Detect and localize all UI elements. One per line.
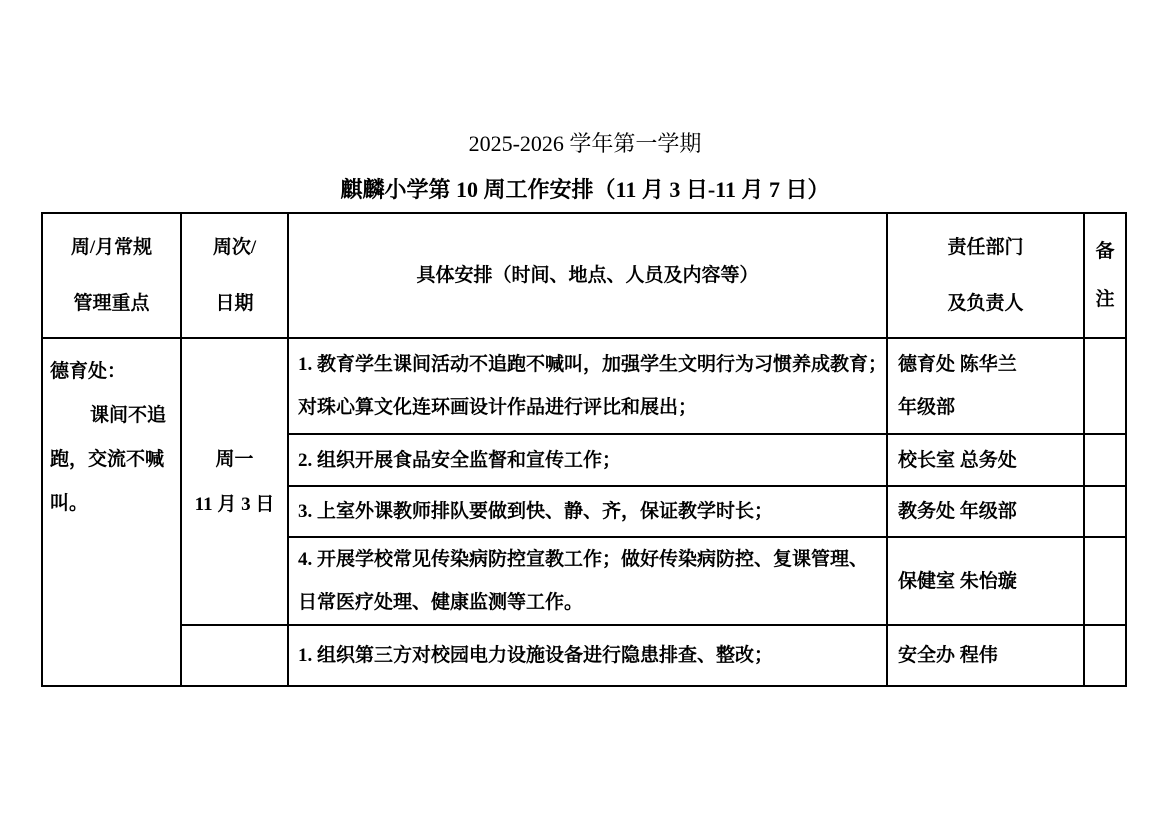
note-cell-4 [1084,537,1126,625]
dept-cell-2: 校长室 总务处 [887,434,1084,486]
document-page: 2025-2026 学年第一学期 麒麟小学第 10 周工作安排（11 月 3 日… [0,0,1170,827]
dept-line: 安全办 程伟 [898,634,1079,677]
note-cell-5 [1084,625,1126,686]
header-remark-line1: 备 [1085,228,1125,276]
task-line: 1. 教育学生课间活动不追跑不喊叫，加强学生文明行为习惯养成教育； [298,343,882,386]
dept-line: 德育处 陈华兰 [898,343,1079,386]
header-department-line2: 及负责人 [888,276,1083,332]
header-focus-line1: 周/月常规 [43,220,180,276]
dept-cell-1: 德育处 陈华兰 年级部 [887,338,1084,434]
header-row: 周/月常规 管理重点 周次/ 日期 具体安排（时间、地点、人员及内容等） 责任部… [42,213,1126,338]
schedule-table: 周/月常规 管理重点 周次/ 日期 具体安排（时间、地点、人员及内容等） 责任部… [41,212,1127,687]
document-title-term: 2025-2026 学年第一学期 [0,0,1170,156]
task-cell-5: 1. 组织第三方对校园电力设施设备进行隐患排查、整改； [288,625,887,686]
header-week-cell: 周次/ 日期 [181,213,288,338]
header-week-line1: 周次/ [182,220,287,276]
task-cell-3: 3. 上室外课教师排队要做到快、静、齐，保证教学时长； [288,486,887,537]
dept-line: 校长室 总务处 [898,439,1079,482]
focus-line: 德育处： [50,350,176,394]
header-week-line2: 日期 [182,276,287,332]
header-remark-cell: 备 注 [1084,213,1126,338]
task-line: 对珠心算文化连环画设计作品进行评比和展出； [298,386,882,429]
note-cell-1 [1084,338,1126,434]
focus-line: 跑，交流不喊 [50,438,176,482]
dept-line: 保健室 朱怡璇 [898,560,1079,603]
header-department-line1: 责任部门 [888,220,1083,276]
task-cell-2: 2. 组织开展食品安全监督和宣传工作； [288,434,887,486]
note-cell-3 [1084,486,1126,537]
weekday-date-cell: 周一 11 月 3 日 [181,338,288,625]
header-focus-line2: 管理重点 [43,276,180,332]
note-cell-2 [1084,434,1126,486]
focus-line: 课间不追 [50,394,176,438]
header-arrangement-label: 具体安排（时间、地点、人员及内容等） [289,248,886,304]
dept-cell-5: 安全办 程伟 [887,625,1084,686]
dept-line: 年级部 [898,386,1079,429]
dept-line: 教务处 年级部 [898,490,1079,533]
document-title-week: 麒麟小学第 10 周工作安排（11 月 3 日-11 月 7 日） [0,156,1170,202]
table-row: 德育处： 课间不追 跑，交流不喊 叫。 周一 11 月 3 日 1. 教育学生课… [42,338,1126,434]
table-row: 1. 组织第三方对校园电力设施设备进行隐患排查、整改； 安全办 程伟 [42,625,1126,686]
task-line: 2. 组织开展食品安全监督和宣传工作； [298,439,882,482]
task-cell-1: 1. 教育学生课间活动不追跑不喊叫，加强学生文明行为习惯养成教育； 对珠心算文化… [288,338,887,434]
dept-cell-3: 教务处 年级部 [887,486,1084,537]
weekday-empty-cell [181,625,288,686]
header-focus-cell: 周/月常规 管理重点 [42,213,181,338]
dept-cell-4: 保健室 朱怡璇 [887,537,1084,625]
header-arrangement-cell: 具体安排（时间、地点、人员及内容等） [288,213,887,338]
weekday-label: 周一 [182,437,287,482]
task-line: 4. 开展学校常见传染病防控宣教工作；做好传染病防控、复课管理、 [298,538,882,581]
task-cell-4: 4. 开展学校常见传染病防控宣教工作；做好传染病防控、复课管理、 日常医疗处理、… [288,537,887,625]
date-label: 11 月 3 日 [182,482,287,527]
header-department-cell: 责任部门 及负责人 [887,213,1084,338]
focus-line: 叫。 [50,482,176,526]
focus-cell: 德育处： 课间不追 跑，交流不喊 叫。 [42,338,181,686]
task-line: 1. 组织第三方对校园电力设施设备进行隐患排查、整改； [298,634,882,677]
header-remark-line2: 注 [1085,276,1125,324]
task-line: 日常医疗处理、健康监测等工作。 [298,581,882,624]
task-line: 3. 上室外课教师排队要做到快、静、齐，保证教学时长； [298,490,882,533]
